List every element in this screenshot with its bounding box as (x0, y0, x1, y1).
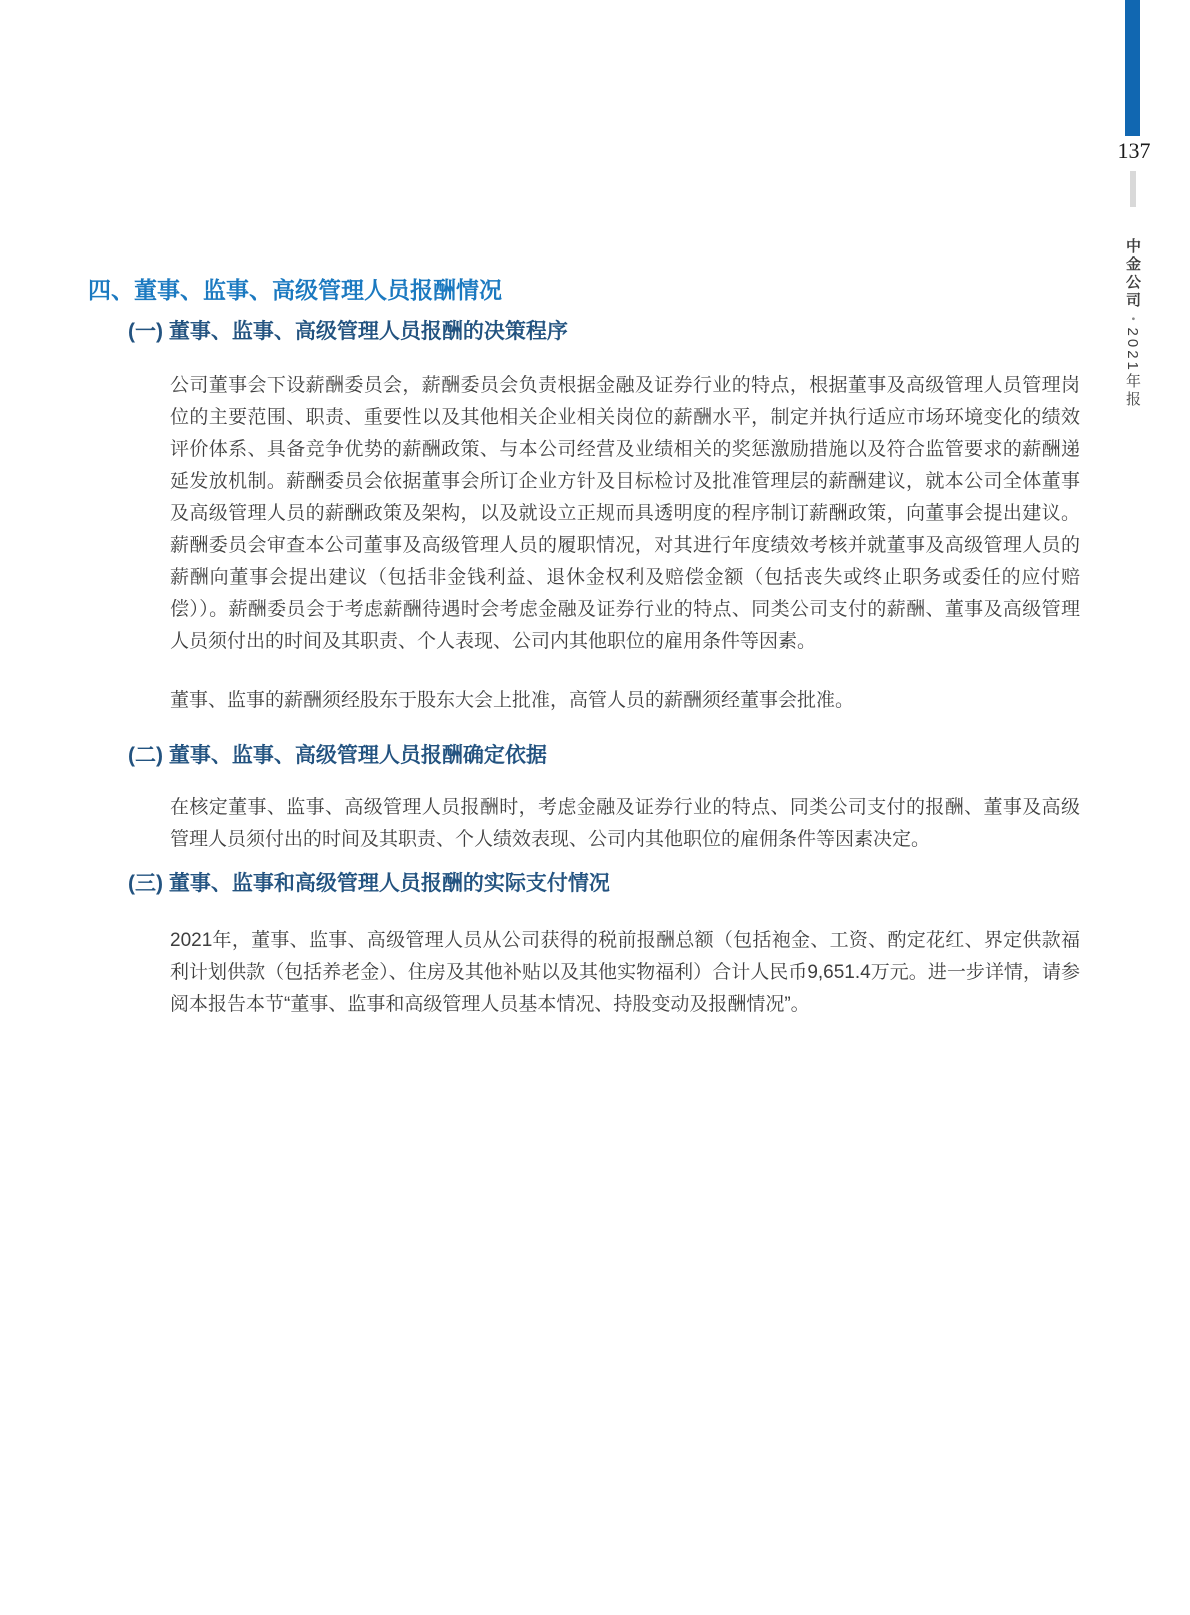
subsection-determination-basis: (二) 董事、监事、高级管理人员报酬确定依据 在核定董事、监事、高级管理人员报酬… (88, 742, 1082, 856)
company-name: 中金公司 (1124, 238, 1141, 310)
paragraph: 2021年，董事、监事、高级管理人员从公司获得的税前报酬总额（包括袍金、工资、酌… (170, 925, 1080, 1021)
separator-dot-icon: • (1127, 317, 1138, 321)
subsection-decision-procedure: (一) 董事、监事、高级管理人员报酬的决策程序 公司董事会下设薪酬委员会，薪酬委… (88, 318, 1082, 717)
accent-bar (1125, 0, 1140, 136)
annual-report-page: 137 中金公司•2021年报 四、董事、监事、高级管理人员报酬情况 (一) 董… (0, 0, 1190, 1615)
subsection-heading: (三) 董事、监事和高级管理人员报酬的实际支付情况 (128, 870, 1082, 898)
edition-label: 2021年报 (1124, 328, 1141, 409)
paragraph: 董事、监事的薪酬须经股东于股东大会上批准，高管人员的薪酬须经董事会批准。 (170, 685, 1080, 717)
paragraph: 公司董事会下设薪酬委员会，薪酬委员会负责根据金融及证券行业的特点，根据董事及高级… (170, 370, 1080, 658)
divider-line (1130, 171, 1136, 207)
subsection-heading: (二) 董事、监事、高级管理人员报酬确定依据 (128, 742, 1082, 770)
subsection-heading: (一) 董事、监事、高级管理人员报酬的决策程序 (128, 318, 1082, 346)
paragraph: 在核定董事、监事、高级管理人员报酬时，考虑金融及证券行业的特点、同类公司支付的报… (170, 792, 1080, 856)
section-title: 四、董事、监事、高级管理人员报酬情况 (88, 275, 1082, 305)
sidebar-caption: 中金公司•2021年报 (1122, 238, 1143, 409)
subsection-actual-payment: (三) 董事、监事和高级管理人员报酬的实际支付情况 2021年，董事、监事、高级… (88, 870, 1082, 1021)
main-content: 四、董事、监事、高级管理人员报酬情况 (一) 董事、监事、高级管理人员报酬的决策… (88, 273, 1082, 1021)
page-number: 137 (1104, 138, 1164, 164)
